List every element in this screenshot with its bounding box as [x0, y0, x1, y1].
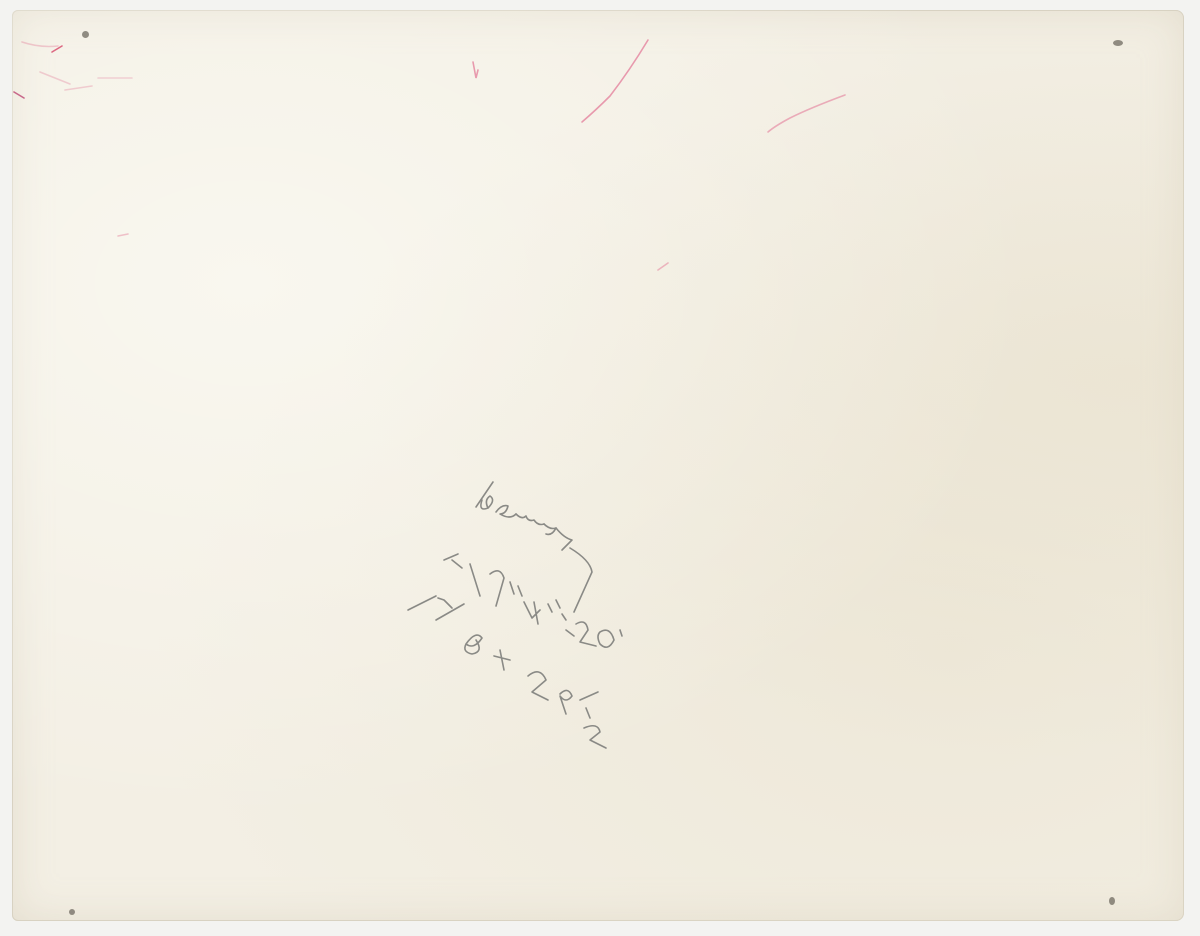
photo-back-paper: Weaver 1-15" x 4" x 20" 1-18 x 29 1/2: [12, 10, 1184, 921]
pencil-notes: Weaver 1-15" x 4" x 20" 1-18 x 29 1/2: [12, 10, 1184, 921]
